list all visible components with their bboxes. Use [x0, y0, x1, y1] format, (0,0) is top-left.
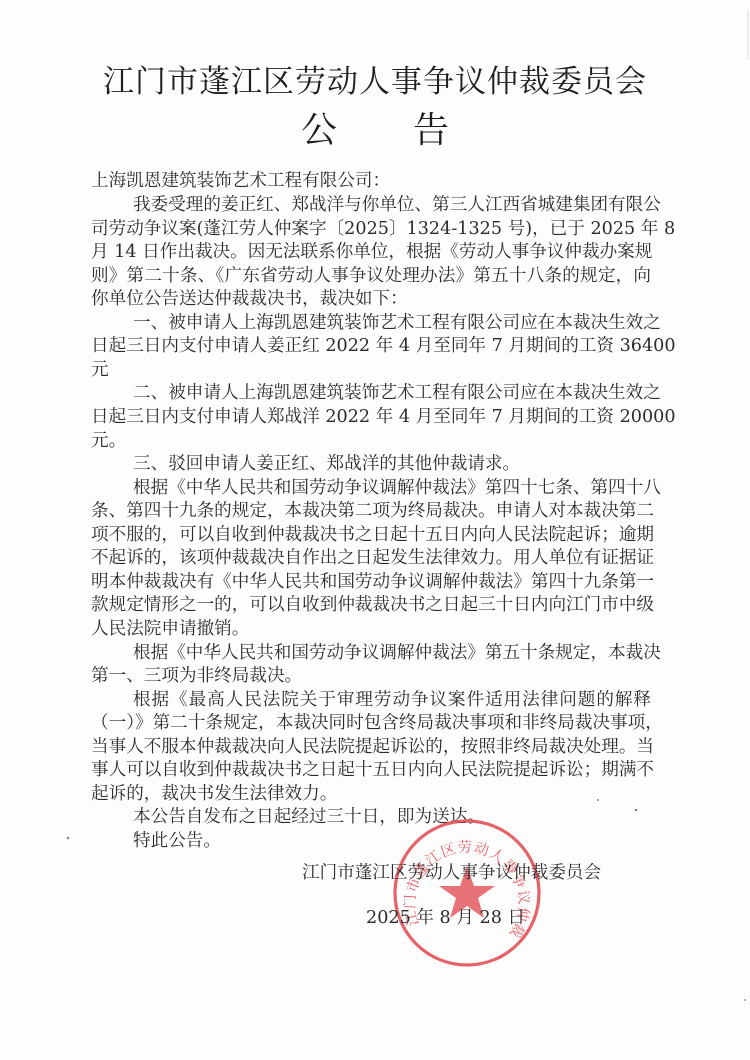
body-line: 第一、三项为非终局裁决。 [91, 665, 651, 688]
body-line: 条、第四十九条的规定，本裁决第二项为终局裁决。申请人对本裁决第二 [91, 500, 651, 523]
body-line: 日起三日内支付申请人姜正红 2022 年 4 月至同年 7 月期间的工资 364… [91, 335, 651, 358]
official-seal: 江门市蓬江区劳动人事争议仲裁委员会 [392, 818, 542, 968]
body-line: 元 [91, 359, 651, 382]
body-line: 元。 [91, 430, 651, 453]
notice-page: 江门市蓬江区劳动人事争议仲裁委员会 公告 上海凯恩建筑装饰艺术工程有限公司： 我… [0, 0, 750, 1060]
body-line: 明本仲裁裁决有《中华人民共和国劳动争议调解仲裁法》第四十九条第一 [91, 571, 651, 594]
body-line: 根据《最高人民法院关于审理劳动争议案件适用法律问题的解释 [133, 689, 651, 712]
body-line: 根据《中华人民共和国劳动争议调解仲裁法》第四十七条、第四十八 [133, 477, 651, 500]
signature-organization: 江门市蓬江区劳动人事争议仲裁委员会 [302, 862, 601, 885]
body-line: 一、被申请人上海凯恩建筑装饰艺术工程有限公司应在本裁决生效之 [133, 312, 651, 335]
body-line: 司劳动争议案(蓬江劳人仲案字〔2025〕1324-1325 号)，已于 2025… [91, 218, 651, 241]
body-line: 人民法院申请撤销。 [91, 618, 651, 641]
body-line: 款规定情形之一的，可以自收到仲裁裁决书之日起三十日内向江门市中级 [91, 594, 651, 617]
body-line: （一）》第二十条规定，本裁决同时包含终局裁决事项和非终局裁决事项， [91, 712, 651, 735]
body-line: 你单位公告送达仲裁裁决书，裁决如下： [91, 288, 651, 311]
body-line: 月 14 日作出裁决。因无法联系你单位，根据《劳动人事争议仲裁办案规 [91, 241, 651, 264]
issuing-organization-title: 江门市蓬江区劳动人事争议仲裁委员会 [0, 62, 750, 102]
body-line: 日起三日内支付申请人郑战洋 2022 年 4 月至同年 7 月期间的工资 200… [91, 406, 651, 429]
title-char: 告 [413, 108, 449, 154]
body-line: 则》第二十条、《广东省劳动人事争议处理办法》第五十八条的规定，向 [91, 265, 651, 288]
body-line: 三、驳回申请人姜正红、郑战洋的其他仲裁请求。 [133, 453, 651, 476]
body-line: 事人可以自收到仲裁裁决书之日起十五日内向人民法院提起诉讼；期满不 [91, 759, 651, 782]
body-line: 我委受理的姜正红、郑战洋与你单位、第三人江西省城建集团有限公 [133, 194, 651, 217]
body-line: 起诉的，裁决书发生法律效力。 [91, 783, 651, 806]
title-char: 公 [301, 108, 337, 154]
body-line: 二、被申请人上海凯恩建筑装饰艺术工程有限公司应在本裁决生效之 [133, 382, 651, 405]
body-line: 不起诉的，该项仲裁裁决自作出之日起发生法律效力。用人单位有证据证 [91, 547, 651, 570]
body-line: 当事人不服本仲裁裁决向人民法院提起诉讼的，按照非终局裁决处理。当 [91, 736, 651, 759]
body-line: 根据《中华人民共和国劳动争议调解仲裁法》第五十条规定，本裁决 [133, 642, 651, 665]
body-line: 项不服的，可以自收到仲裁裁决书之日起十五日内向人民法院起诉；逾期 [91, 524, 651, 547]
addressee: 上海凯恩建筑装饰艺术工程有限公司： [91, 170, 651, 193]
signature-date: 2025 年 8 月 28 日 [366, 907, 525, 930]
document-type-title: 公告 [0, 108, 750, 154]
